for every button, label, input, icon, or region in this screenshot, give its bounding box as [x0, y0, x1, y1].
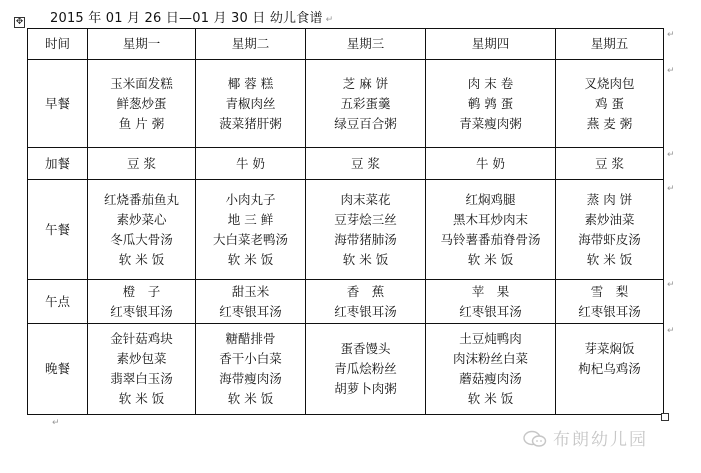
meal-row: 午点橙 子红枣银耳汤甜玉米红枣银耳汤香 蕉红枣银耳汤苹 果红枣银耳汤雪 梨红枣银… — [28, 280, 664, 324]
dish-item: 青菜瘦肉粥 — [426, 114, 555, 134]
dish-item: 海带瘦肉汤 — [196, 369, 305, 389]
menu-cell: 土豆炖鸭肉肉沫粉丝白菜蘑菇瘦肉汤软 米 饭 — [426, 324, 556, 415]
dish-item: 软 米 饭 — [88, 389, 195, 409]
dish-item: 海带虾皮汤 — [556, 230, 663, 250]
dish-item: 香 蕉 — [306, 282, 425, 302]
menu-cell: 豆 浆 — [306, 148, 426, 180]
meal-label: 早餐 — [28, 60, 88, 148]
menu-cell: 椰 蓉 糕青椒肉丝菠菜猪肝粥 — [196, 60, 306, 148]
dish-item: 蒸 肉 饼 — [556, 190, 663, 210]
dish-item: 青椒肉丝 — [196, 94, 305, 114]
dish-item: 肉末菜花 — [306, 190, 425, 210]
dish-item: 红烧番茄鱼丸 — [88, 190, 195, 210]
dish-item: 软 米 饭 — [426, 250, 555, 270]
dish-item: 玉米面发糕 — [88, 74, 195, 94]
dish-item: 土豆炖鸭肉 — [426, 329, 555, 349]
dish-item: 枸杞乌鸡汤 — [556, 359, 663, 379]
dish-item: 软 米 饭 — [196, 389, 305, 409]
dish-item: 胡萝卜肉粥 — [306, 379, 425, 399]
dish-item: 豆芽烩三丝 — [306, 210, 425, 230]
dish-item: 马铃薯番茄脊骨汤 — [426, 230, 555, 250]
menu-cell: 牛 奶 — [196, 148, 306, 180]
meal-label: 午餐 — [28, 180, 88, 280]
menu-cell: 肉 末 卷鹌 鹑 蛋青菜瘦肉粥 — [426, 60, 556, 148]
dish-item: 苹 果 — [426, 282, 555, 302]
dish-item: 素炒油菜 — [556, 210, 663, 230]
dish-item: 软 米 饭 — [426, 389, 555, 409]
watermark-text: 布朗幼儿园 — [553, 430, 648, 450]
menu-cell: 叉烧肉包鸡 蛋燕 麦 粥 — [556, 60, 664, 148]
dish-item: 冬瓜大骨汤 — [88, 230, 195, 250]
dish-item: 地 三 鲜 — [196, 210, 305, 230]
dish-item: 软 米 饭 — [306, 250, 425, 270]
menu-table: 时间星期一星期二星期三星期四星期五早餐玉米面发糕鲜葱炒蛋鱼 片 粥椰 蓉 糕青椒… — [27, 28, 664, 415]
table-resize-handle-icon[interactable] — [661, 413, 669, 421]
dish-item: 橙 子 — [88, 282, 195, 302]
watermark: 布朗幼儿园 — [523, 425, 648, 450]
table-move-handle-icon[interactable]: ✥ — [14, 17, 25, 28]
paragraph-mark-icon: ↵ — [52, 418, 60, 428]
dish-item: 红焖鸡腿 — [426, 190, 555, 210]
dish-item: 椰 蓉 糕 — [196, 74, 305, 94]
dish-item: 小肉丸子 — [196, 190, 305, 210]
row-end-mark-icon: ↵ — [667, 30, 675, 40]
meal-label: 加餐 — [28, 148, 88, 180]
dish-item: 豆 浆 — [88, 154, 195, 174]
dish-item: 牛 奶 — [426, 154, 555, 174]
dish-item: 叉烧肉包 — [556, 74, 663, 94]
dish-item: 香干小白菜 — [196, 349, 305, 369]
dish-item — [556, 379, 663, 399]
dish-item: 海带猪肺汤 — [306, 230, 425, 250]
dish-item: 红枣银耳汤 — [426, 302, 555, 322]
menu-cell: 红焖鸡腿黑木耳炒肉末马铃薯番茄脊骨汤软 米 饭 — [426, 180, 556, 280]
menu-cell: 糖醋排骨香干小白菜海带瘦肉汤软 米 饭 — [196, 324, 306, 415]
meal-label: 晚餐 — [28, 324, 88, 415]
dish-item: 鸡 蛋 — [556, 94, 663, 114]
row-end-mark-icon: ↵ — [667, 66, 675, 76]
menu-cell: 玉米面发糕鲜葱炒蛋鱼 片 粥 — [88, 60, 196, 148]
dish-item: 青瓜烩粉丝 — [306, 359, 425, 379]
dish-item: 蛋香馒头 — [306, 339, 425, 359]
dish-item: 五彩蛋羹 — [306, 94, 425, 114]
dish-item: 翡翠白玉汤 — [88, 369, 195, 389]
menu-cell: 芽菜焖饭枸杞乌鸡汤 — [556, 324, 664, 415]
dish-item: 软 米 饭 — [556, 250, 663, 270]
dish-item: 软 米 饭 — [196, 250, 305, 270]
paragraph-mark-icon: ↵ — [326, 15, 334, 25]
menu-cell: 蒸 肉 饼素炒油菜海带虾皮汤软 米 饭 — [556, 180, 664, 280]
dish-item: 红枣银耳汤 — [88, 302, 195, 322]
menu-cell: 芝 麻 饼五彩蛋羹绿豆百合粥 — [306, 60, 426, 148]
dish-item: 素炒包菜 — [88, 349, 195, 369]
dish-item: 红枣银耳汤 — [556, 302, 663, 322]
dish-item: 肉沫粉丝白菜 — [426, 349, 555, 369]
dish-item: 芝 麻 饼 — [306, 74, 425, 94]
dish-item: 黑木耳炒肉末 — [426, 210, 555, 230]
header-day: 星期一 — [88, 29, 196, 60]
dish-item: 鹌 鹑 蛋 — [426, 94, 555, 114]
meal-row: 加餐豆 浆牛 奶豆 浆牛 奶豆 浆 — [28, 148, 664, 180]
dish-item: 糖醋排骨 — [196, 329, 305, 349]
dish-item: 燕 麦 粥 — [556, 114, 663, 134]
row-end-mark-icon: ↵ — [667, 184, 675, 194]
menu-cell: 金针菇鸡块素炒包菜翡翠白玉汤软 米 饭 — [88, 324, 196, 415]
menu-cell: 牛 奶 — [426, 148, 556, 180]
meal-row: 晚餐金针菇鸡块素炒包菜翡翠白玉汤软 米 饭糖醋排骨香干小白菜海带瘦肉汤软 米 饭… — [28, 324, 664, 415]
wechat-icon — [523, 430, 547, 448]
dish-item: 蘑菇瘦肉汤 — [426, 369, 555, 389]
menu-cell: 雪 梨红枣银耳汤 — [556, 280, 664, 324]
dish-item: 菠菜猪肝粥 — [196, 114, 305, 134]
dish-item: 豆 浆 — [306, 154, 425, 174]
dish-item: 金针菇鸡块 — [88, 329, 195, 349]
dish-item: 豆 浆 — [556, 154, 663, 174]
header-day: 星期二 — [196, 29, 306, 60]
menu-cell: 豆 浆 — [556, 148, 664, 180]
dish-item: 甜玉米 — [196, 282, 305, 302]
dish-item: 鱼 片 粥 — [88, 114, 195, 134]
menu-cell: 香 蕉红枣银耳汤 — [306, 280, 426, 324]
dish-item: 雪 梨 — [556, 282, 663, 302]
menu-cell: 蛋香馒头青瓜烩粉丝胡萝卜肉粥 — [306, 324, 426, 415]
title-text: 2015 年 01 月 26 日—01 月 30 日 幼儿食谱 — [50, 11, 323, 26]
menu-cell: 小肉丸子地 三 鲜大白菜老鸭汤软 米 饭 — [196, 180, 306, 280]
dish-item: 大白菜老鸭汤 — [196, 230, 305, 250]
document-title: 2015 年 01 月 26 日—01 月 30 日 幼儿食谱↵ — [50, 7, 333, 26]
header-day: 星期四 — [426, 29, 556, 60]
menu-cell: 甜玉米红枣银耳汤 — [196, 280, 306, 324]
dish-item: 红枣银耳汤 — [196, 302, 305, 322]
header-time: 时间 — [28, 29, 88, 60]
menu-cell: 苹 果红枣银耳汤 — [426, 280, 556, 324]
menu-cell: 红烧番茄鱼丸素炒菜心冬瓜大骨汤软 米 饭 — [88, 180, 196, 280]
dish-item: 红枣银耳汤 — [306, 302, 425, 322]
row-end-mark-icon: ↵ — [667, 326, 675, 336]
menu-cell: 豆 浆 — [88, 148, 196, 180]
header-day: 星期三 — [306, 29, 426, 60]
header-day: 星期五 — [556, 29, 664, 60]
dish-item: 素炒菜心 — [88, 210, 195, 230]
menu-cell: 肉末菜花豆芽烩三丝海带猪肺汤软 米 饭 — [306, 180, 426, 280]
meal-row: 午餐红烧番茄鱼丸素炒菜心冬瓜大骨汤软 米 饭小肉丸子地 三 鲜大白菜老鸭汤软 米… — [28, 180, 664, 280]
menu-cell: 橙 子红枣银耳汤 — [88, 280, 196, 324]
meal-row: 早餐玉米面发糕鲜葱炒蛋鱼 片 粥椰 蓉 糕青椒肉丝菠菜猪肝粥芝 麻 饼五彩蛋羹绿… — [28, 60, 664, 148]
row-end-mark-icon: ↵ — [667, 280, 675, 290]
header-row: 时间星期一星期二星期三星期四星期五 — [28, 29, 664, 60]
dish-item: 芽菜焖饭 — [556, 339, 663, 359]
dish-item: 牛 奶 — [196, 154, 305, 174]
row-end-mark-icon: ↵ — [667, 150, 675, 160]
dish-item: 软 米 饭 — [88, 250, 195, 270]
meal-label: 午点 — [28, 280, 88, 324]
dish-item: 鲜葱炒蛋 — [88, 94, 195, 114]
dish-item: 绿豆百合粥 — [306, 114, 425, 134]
dish-item: 肉 末 卷 — [426, 74, 555, 94]
